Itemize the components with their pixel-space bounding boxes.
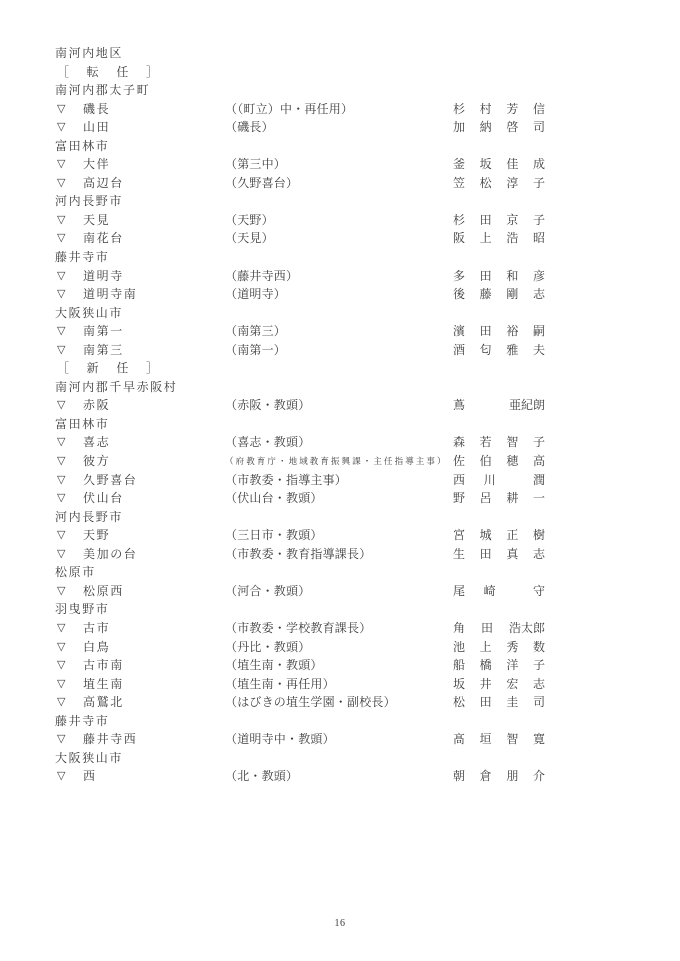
school-name: 高鷲北 [83,693,124,712]
municipality-title: 富田林市 [55,139,109,153]
school-name: 埴生南 [83,675,124,694]
triangle-marker-icon: ▽ [57,267,65,286]
name-character: 城 [480,526,492,545]
municipality-title: 河内長野市 [55,510,123,524]
previous-position: （天野） [225,211,274,230]
previous-position: （丹比・教頭） [225,638,310,657]
appointee-name: 蔦亜紀朗 [453,396,545,415]
appointee-name: 杉田京子 [453,211,545,230]
appointee-name: 杉村芳信 [453,100,545,119]
entry-row: ▽大伴（第三中）釜坂佳成 [55,155,680,174]
name-character: 秀 [506,638,518,657]
appointee-name: 釜坂佳成 [453,155,545,174]
previous-position: （赤阪・教頭） [225,396,310,415]
entry-row: ▽白鳥（丹比・教頭）池上秀数 [55,638,680,657]
name-character: 角 [453,619,465,638]
name-character: 田 [481,619,493,638]
triangle-marker-icon: ▽ [57,100,65,119]
triangle-marker-icon: ▽ [57,656,65,675]
section-header: ［転任］ [57,63,158,82]
triangle-marker-icon: ▽ [57,471,65,490]
name-character: 池 [453,638,465,657]
appointee-name: 朝倉朋介 [453,767,545,786]
section-header-token: ［ [57,63,69,82]
section-header-token: 任 [116,359,128,378]
entry-row: ▽古市（市教委・学校教育課長）角田浩太郎 [55,619,680,638]
name-character: 蔦 [453,396,465,415]
name-character: 正 [506,526,518,545]
name-character: 田 [480,211,492,230]
school-name: 大伴 [83,155,110,174]
name-character: 志 [533,285,545,304]
school-name: 西 [83,767,97,786]
school-name: 喜志 [83,433,110,452]
name-character: 司 [533,693,545,712]
school-name: 道明寺 [83,267,124,286]
appointee-name: 坂井宏志 [453,675,545,694]
district-title: 南河内地区 [55,46,123,60]
triangle-marker-icon: ▽ [57,582,65,601]
name-character: 阪 [453,229,465,248]
name-character: 真 [506,545,518,564]
appointee-name: 野呂耕一 [453,489,545,508]
name-character: 京 [506,211,518,230]
name-character: 介 [533,767,545,786]
name-character: 雅 [506,341,518,360]
school-name: 南第一 [83,322,124,341]
name-character: 子 [533,433,545,452]
previous-position: （府教育庁・地域教育振興課・主任指導主事） [225,452,448,471]
municipality-heading: 富田林市 [55,415,680,434]
municipality-heading: 大阪狭山市 [55,304,680,323]
name-character: 司 [533,118,545,137]
name-character: 子 [533,656,545,675]
name-character: 船 [453,656,465,675]
appointee-name: 船橋洋子 [453,656,545,675]
name-character: 田 [480,322,492,341]
section-header-token: ［ [57,359,69,378]
name-character: 垣 [480,730,492,749]
name-character: 濱 [453,322,465,341]
personnel-list: 南河内地区［転任］南河内郡太子町▽磯長（（町立）中・再任用）杉村芳信▽山田（磯長… [55,44,680,786]
previous-position: （南第三） [225,322,286,341]
name-character: 耕 [506,489,518,508]
previous-position: （はびきの埴生学園・副校長） [225,693,396,712]
school-name: 古市南 [83,656,124,675]
appointee-name: 多田和彦 [453,267,545,286]
municipality-heading: 河内長野市 [55,508,680,527]
municipality-heading: 羽曳野市 [55,600,680,619]
previous-position: （磯長） [225,118,274,137]
school-name: 高辺台 [83,174,124,193]
school-name: 南第三 [83,341,124,360]
previous-position: （南第一） [225,341,286,360]
school-name: 伏山台 [83,489,124,508]
name-character: 芳 [506,100,518,119]
name-character: 松 [453,693,465,712]
school-name: 藤井寺西 [83,730,137,749]
page-number: 16 [0,918,680,929]
appointee-name: 髙垣智寛 [453,730,545,749]
school-name: 南花台 [83,229,124,248]
name-character: 一 [533,489,545,508]
name-character: 田 [480,693,492,712]
triangle-marker-icon: ▽ [57,526,65,545]
entry-row: ▽天野（三日市・教頭）宮城正樹 [55,526,680,545]
name-character: 宏 [506,675,518,694]
section-header-token: ］ [146,359,158,378]
municipality-heading: 大阪狭山市 [55,749,680,768]
triangle-marker-icon: ▽ [57,341,65,360]
entry-row: ▽高鷲北（はびきの埴生学園・副校長）松田圭司 [55,693,680,712]
name-character: 圭 [506,693,518,712]
name-character: 夫 [533,341,545,360]
previous-position: （三日市・教頭） [225,526,323,545]
municipality-heading: 南河内郡千早赤阪村 [55,378,680,397]
entry-row: ▽松原西（河合・教頭）尾崎守 [55,582,680,601]
entry-row: ▽久野喜台（市教委・指導主事）西川潤 [55,471,680,490]
name-character: 朝 [453,767,465,786]
previous-position: （道明寺中・教頭） [225,730,335,749]
section-header-token: 任 [116,63,128,82]
previous-position: （第三中） [225,155,286,174]
triangle-marker-icon: ▽ [57,229,65,248]
name-character: 亜紀朗 [509,396,545,415]
name-character: 寛 [533,730,545,749]
name-character: 志 [533,545,545,564]
name-character: 淳 [506,174,518,193]
school-name: 磯長 [83,100,110,119]
school-name: 赤阪 [83,396,110,415]
appointee-name: 濱田裕嗣 [453,322,545,341]
name-character: 智 [506,730,518,749]
entry-row: ▽美加の台（市教委・教育指導課長）生田真志 [55,545,680,564]
section-header-token: 新 [87,359,99,378]
entry-row: ▽天見（天野）杉田京子 [55,211,680,230]
previous-position: （（町立）中・再任用） [225,100,353,119]
name-character: 子 [533,211,545,230]
municipality-title: 南河内郡太子町 [55,83,150,97]
previous-position: （北・教頭） [225,767,298,786]
name-character: 高 [533,452,545,471]
entry-row: ▽西（北・教頭）朝倉朋介 [55,767,680,786]
entry-row: ▽高辺台（久野喜台）笠松淳子 [55,174,680,193]
previous-position: （久野喜台） [225,174,298,193]
name-character: 伯 [480,452,492,471]
name-character: 上 [480,638,492,657]
name-character: 穂 [506,452,518,471]
name-character: 髙 [453,730,465,749]
name-character: 彦 [533,267,545,286]
municipality-heading: 富田林市 [55,137,680,156]
triangle-marker-icon: ▽ [57,211,65,230]
name-character: 田 [480,267,492,286]
name-character: 後 [453,285,465,304]
section-header: ［新任］ [57,359,158,378]
entry-row: ▽道明寺（藤井寺西）多田和彦 [55,267,680,286]
appointee-name: 酒匂雅夫 [453,341,545,360]
appointee-name: 阪上浩昭 [453,229,545,248]
previous-position: （道明寺） [225,285,286,304]
appointee-name: 西川潤 [453,471,545,490]
name-character: 川 [484,471,496,490]
school-name: 久野喜台 [83,471,137,490]
name-character: 坂 [480,155,492,174]
triangle-marker-icon: ▽ [57,693,65,712]
name-character: 和 [506,267,518,286]
municipality-title: 南河内郡千早赤阪村 [55,380,177,394]
name-character: 浩 [506,229,518,248]
municipality-title: 大阪狭山市 [55,306,123,320]
appointee-name: 池上秀数 [453,638,545,657]
name-character: 釜 [453,155,465,174]
name-character: 志 [533,675,545,694]
triangle-marker-icon: ▽ [57,396,65,415]
name-character: 匂 [480,341,492,360]
entry-row: ▽赤阪（赤阪・教頭）蔦亜紀朗 [55,396,680,415]
entry-row: ▽喜志（喜志・教頭）森若智子 [55,433,680,452]
name-character: 橋 [480,656,492,675]
name-character: 上 [480,229,492,248]
appointee-name: 加納啓司 [453,118,545,137]
triangle-marker-icon: ▽ [57,767,65,786]
triangle-marker-icon: ▽ [57,155,65,174]
name-character: 浩太郎 [509,619,545,638]
entry-row: ▽道明寺南（道明寺）後藤剛志 [55,285,680,304]
name-character: 樹 [533,526,545,545]
name-character: 生 [453,545,465,564]
name-character: 杉 [453,211,465,230]
name-character: 呂 [480,489,492,508]
municipality-heading: 藤井寺市 [55,712,680,731]
section-header-token: ］ [146,63,158,82]
school-name: 美加の台 [83,545,137,564]
appointee-name: 尾崎守 [453,582,545,601]
municipality-heading: 南河内郡太子町 [55,81,680,100]
district-heading: 南河内地区 [55,44,680,63]
appointee-name: 角田浩太郎 [453,619,545,638]
triangle-marker-icon: ▽ [57,730,65,749]
name-character: 坂 [453,675,465,694]
name-character: 洋 [506,656,518,675]
appointee-name: 宮城正樹 [453,526,545,545]
municipality-title: 松原市 [55,565,96,579]
name-character: 納 [480,118,492,137]
name-character: 西 [453,471,465,490]
name-character: 嗣 [533,322,545,341]
name-character: 朋 [506,767,518,786]
name-character: 剛 [506,285,518,304]
name-character: 佐 [453,452,465,471]
municipality-title: 富田林市 [55,417,109,431]
name-character: 智 [506,433,518,452]
name-character: 昭 [533,229,545,248]
previous-position: （市教委・指導主事） [225,471,347,490]
school-name: 天見 [83,211,110,230]
previous-position: （河合・教頭） [225,582,310,601]
previous-position: （天見） [225,229,274,248]
triangle-marker-icon: ▽ [57,285,65,304]
triangle-marker-icon: ▽ [57,118,65,137]
previous-position: （市教委・教育指導課長） [225,545,371,564]
entry-row: ▽伏山台（伏山台・教頭）野呂耕一 [55,489,680,508]
municipality-title: 藤井寺市 [55,714,109,728]
name-character: 潤 [533,471,545,490]
entry-row: ▽南花台（天見）阪上浩昭 [55,229,680,248]
document-page: 南河内地区［転任］南河内郡太子町▽磯長（（町立）中・再任用）杉村芳信▽山田（磯長… [0,0,680,961]
name-character: 藤 [480,285,492,304]
name-character: 成 [533,155,545,174]
entry-row: ▽古市南（埴生南・教頭）船橋洋子 [55,656,680,675]
triangle-marker-icon: ▽ [57,489,65,508]
municipality-heading: 河内長野市 [55,192,680,211]
appointee-name: 後藤剛志 [453,285,545,304]
municipality-heading: 松原市 [55,563,680,582]
name-character: 信 [533,100,545,119]
triangle-marker-icon: ▽ [57,675,65,694]
previous-position: （埴生南・教頭） [225,656,323,675]
name-character: 酒 [453,341,465,360]
triangle-marker-icon: ▽ [57,433,65,452]
name-character: 崎 [484,582,496,601]
previous-position: （市教委・学校教育課長） [225,619,371,638]
school-name: 彼方 [83,452,110,471]
name-character: 尾 [453,582,465,601]
municipality-title: 羽曳野市 [55,602,109,616]
name-character: 森 [453,433,465,452]
triangle-marker-icon: ▽ [57,322,65,341]
name-character: 野 [453,489,465,508]
appointee-name: 松田圭司 [453,693,545,712]
appointee-name: 生田真志 [453,545,545,564]
triangle-marker-icon: ▽ [57,452,65,471]
previous-position: （藤井寺西） [225,267,298,286]
name-character: 井 [480,675,492,694]
name-character: 若 [480,433,492,452]
name-character: 田 [480,545,492,564]
municipality-heading: 藤井寺市 [55,248,680,267]
name-character: 笠 [453,174,465,193]
municipality-title: 藤井寺市 [55,250,109,264]
name-character: 数 [533,638,545,657]
municipality-title: 大阪狭山市 [55,751,123,765]
triangle-marker-icon: ▽ [57,545,65,564]
entry-row: ▽彼方（府教育庁・地域教育振興課・主任指導主事）佐伯穂高 [55,452,680,471]
entry-row: ▽磯長（（町立）中・再任用）杉村芳信 [55,100,680,119]
name-character: 多 [453,267,465,286]
entry-row: ▽埴生南（埴生南・再任用）坂井宏志 [55,675,680,694]
previous-position: （喜志・教頭） [225,433,310,452]
appointee-name: 笠松淳子 [453,174,545,193]
school-name: 松原西 [83,582,124,601]
name-character: 啓 [506,118,518,137]
name-character: 村 [480,100,492,119]
school-name: 天野 [83,526,110,545]
previous-position: （埴生南・再任用） [225,675,335,694]
entry-row: ▽南第一（南第三）濱田裕嗣 [55,322,680,341]
entry-row: ▽南第三（南第一）酒匂雅夫 [55,341,680,360]
name-character: 宮 [453,526,465,545]
name-character: 守 [533,582,545,601]
name-character: 子 [533,174,545,193]
section-header-token: 転 [87,63,99,82]
name-character: 松 [480,174,492,193]
triangle-marker-icon: ▽ [57,619,65,638]
school-name: 古市 [83,619,110,638]
school-name: 道明寺南 [83,285,137,304]
name-character: 倉 [480,767,492,786]
municipality-title: 河内長野市 [55,194,123,208]
appointee-name: 森若智子 [453,433,545,452]
previous-position: （伏山台・教頭） [225,489,323,508]
triangle-marker-icon: ▽ [57,638,65,657]
triangle-marker-icon: ▽ [57,174,65,193]
school-name: 白鳥 [83,638,110,657]
name-character: 杉 [453,100,465,119]
entry-row: ▽藤井寺西（道明寺中・教頭）髙垣智寛 [55,730,680,749]
school-name: 山田 [83,118,110,137]
name-character: 裕 [506,322,518,341]
entry-row: ▽山田（磯長）加納啓司 [55,118,680,137]
appointee-name: 佐伯穂高 [453,452,545,471]
name-character: 佳 [506,155,518,174]
name-character: 加 [453,118,465,137]
